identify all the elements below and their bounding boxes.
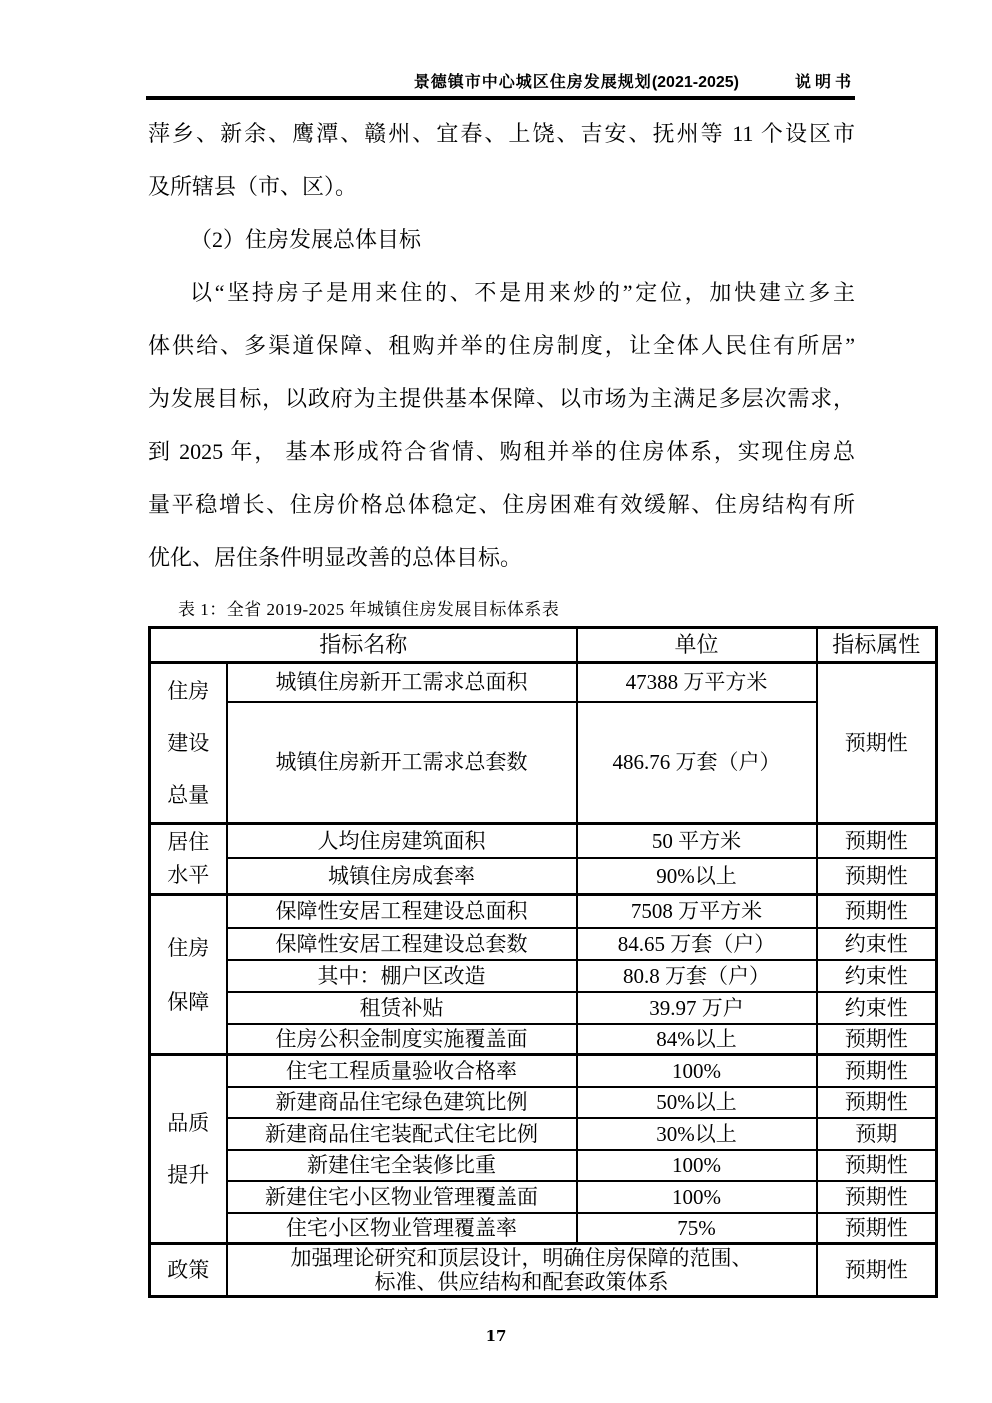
page-number: 17 — [0, 1327, 992, 1345]
group-label-housing-construction-total: 住房 建设 总量 — [150, 663, 227, 824]
header-doc-type: 说明书 — [795, 73, 855, 93]
body-text: 萍乡、新余、鹰潭、赣州、宜春、上饶、吉安、抚州等 11 个设区市 及所辖县（市、… — [148, 107, 855, 584]
indicator-value: 100% — [577, 1055, 817, 1087]
indicator-name: 城镇住房新开工需求总套数 — [227, 702, 577, 824]
body-line: 到 2025 年， 基本形成符合省情、购租并举的住房体系，实现住房总 — [148, 425, 855, 478]
header-title-years: (2021-2025) — [652, 73, 739, 93]
indicator-attr: 预期性 — [817, 1055, 937, 1087]
header-title: 景德镇市中心城区住房发展规划(2021-2025) — [414, 73, 739, 93]
indicator-name: 城镇住房成套率 — [227, 858, 577, 894]
header-rule — [146, 96, 855, 100]
table-row: 新建住宅全装修比重 100% 预期性 — [150, 1150, 937, 1181]
indicator-value: 75% — [577, 1213, 817, 1244]
indicator-name: 加强理论研究和顶层设计，明确住房保障的范围、 标准、供应结构和配套政策体系 — [227, 1244, 817, 1297]
body-line: 为发展目标，以政府为主提供基本保障、以市场为主满足多层次需求， — [148, 372, 855, 425]
body-line: 体供给、多渠道保障、租购并举的住房制度，让全体人民住有所居” — [148, 319, 855, 372]
indicator-name: 城镇住房新开工需求总面积 — [227, 663, 577, 702]
header-title-text: 景德镇市中心城区住房发展规划 — [414, 73, 652, 93]
indicator-attr: 约束性 — [817, 928, 937, 960]
indicator-attr: 预期性 — [817, 1087, 937, 1118]
indicator-name: 住房公积金制度实施覆盖面 — [227, 1024, 577, 1055]
indicator-value: 100% — [577, 1150, 817, 1181]
body-line: 以“坚持房子是用来住的、不是用来炒的”定位，加快建立多主 — [148, 266, 855, 319]
indicator-name: 新建商品住宅绿色建筑比例 — [227, 1087, 577, 1118]
indicator-name: 住宅小区物业管理覆盖率 — [227, 1213, 577, 1244]
group-label-housing-security: 住房 保障 — [150, 895, 227, 1055]
indicator-name: 其中：棚户区改造 — [227, 960, 577, 992]
indicator-attr: 约束性 — [817, 992, 937, 1024]
indicator-value: 50 平方米 — [577, 824, 817, 859]
indicator-name: 保障性安居工程建设总面积 — [227, 895, 577, 928]
indicator-value: 84%以上 — [577, 1024, 817, 1055]
indicator-attr: 预期 — [817, 1118, 937, 1150]
indicator-attr: 预期性 — [817, 824, 937, 859]
group-label-living-standard: 居住 水平 — [150, 824, 227, 895]
body-line: 及所辖县（市、区）。 — [148, 160, 855, 213]
indicator-name: 保障性安居工程建设总套数 — [227, 928, 577, 960]
group-label-quality-improvement: 品质 提升 — [150, 1055, 227, 1244]
table-row: 新建商品住宅绿色建筑比例 50%以上 预期性 — [150, 1087, 937, 1118]
indicator-attr: 预期性 — [817, 1244, 937, 1297]
table-row: 品质 提升 住宅工程质量验收合格率 100% 预期性 — [150, 1055, 937, 1087]
table-row: 新建住宅小区物业管理覆盖面 100% 预期性 — [150, 1181, 937, 1213]
table-row: 新建商品住宅装配式住宅比例 30%以上 预期 — [150, 1118, 937, 1150]
body-line: 萍乡、新余、鹰潭、赣州、宜春、上饶、吉安、抚州等 11 个设区市 — [148, 107, 855, 160]
indicator-name: 租赁补贴 — [227, 992, 577, 1024]
housing-goal-table: 指标名称 单位 指标属性 住房 建设 总量 城镇住房新开工需求总面积 47388… — [148, 626, 938, 1298]
table-row: 住房公积金制度实施覆盖面 84%以上 预期性 — [150, 1024, 937, 1055]
indicator-value: 47388 万平方米 — [577, 663, 817, 702]
table-row: 住房 建设 总量 城镇住房新开工需求总面积 47388 万平方米 预期性 — [150, 663, 937, 702]
section-heading: （2）住房发展总体目标 — [148, 213, 855, 266]
table-row: 住房 保障 保障性安居工程建设总面积 7508 万平方米 预期性 — [150, 895, 937, 928]
indicator-value: 50%以上 — [577, 1087, 817, 1118]
table-row: 保障性安居工程建设总套数 84.65 万套（户） 约束性 — [150, 928, 937, 960]
table-row: 政策 加强理论研究和顶层设计，明确住房保障的范围、 标准、供应结构和配套政策体系… — [150, 1244, 937, 1297]
indicator-attr: 预期性 — [817, 1181, 937, 1213]
indicator-name: 新建住宅小区物业管理覆盖面 — [227, 1181, 577, 1213]
body-line: 量平稳增长、住房价格总体稳定、住房困难有效缓解、住房结构有所 — [148, 478, 855, 531]
table-caption: 表 1：全省 2019-2025 年城镇住房发展目标体系表 — [178, 598, 992, 622]
indicator-attr: 预期性 — [817, 858, 937, 894]
indicator-attr: 预期性 — [817, 895, 937, 928]
indicator-value: 7508 万平方米 — [577, 895, 817, 928]
document-page: 景德镇市中心城区住房发展规划(2021-2025) 说明书 萍乡、新余、鹰潭、赣… — [0, 0, 992, 1403]
indicator-name: 人均住房建筑面积 — [227, 824, 577, 859]
table-row: 居住 水平 人均住房建筑面积 50 平方米 预期性 — [150, 824, 937, 859]
indicator-value: 80.8 万套（户） — [577, 960, 817, 992]
col-header-unit: 单位 — [577, 628, 817, 663]
page-header: 景德镇市中心城区住房发展规划(2021-2025) 说明书 — [148, 70, 855, 93]
table-row: 其中：棚户区改造 80.8 万套（户） 约束性 — [150, 960, 937, 992]
indicator-value: 39.97 万户 — [577, 992, 817, 1024]
indicator-name: 新建住宅全装修比重 — [227, 1150, 577, 1181]
indicator-value: 100% — [577, 1181, 817, 1213]
indicator-name: 新建商品住宅装配式住宅比例 — [227, 1118, 577, 1150]
indicator-attr: 预期性 — [817, 1150, 937, 1181]
indicator-attr: 预期性 — [817, 663, 937, 824]
indicator-attr: 约束性 — [817, 960, 937, 992]
body-line: 优化、居住条件明显改善的总体目标。 — [148, 531, 855, 584]
indicator-attr: 预期性 — [817, 1024, 937, 1055]
table-row: 租赁补贴 39.97 万户 约束性 — [150, 992, 937, 1024]
col-header-attr: 指标属性 — [817, 628, 937, 663]
indicator-value: 486.76 万套（户） — [577, 702, 817, 824]
col-header-indicator-name: 指标名称 — [150, 628, 577, 663]
table-row: 住宅小区物业管理覆盖率 75% 预期性 — [150, 1213, 937, 1244]
indicator-value: 84.65 万套（户） — [577, 928, 817, 960]
table-header-row: 指标名称 单位 指标属性 — [150, 628, 937, 663]
group-label-policy: 政策 — [150, 1244, 227, 1297]
indicator-value: 90%以上 — [577, 858, 817, 894]
goal-table-wrap: 指标名称 单位 指标属性 住房 建设 总量 城镇住房新开工需求总面积 47388… — [148, 626, 992, 1298]
indicator-attr: 预期性 — [817, 1213, 937, 1244]
indicator-name: 住宅工程质量验收合格率 — [227, 1055, 577, 1087]
indicator-value: 30%以上 — [577, 1118, 817, 1150]
table-row: 城镇住房成套率 90%以上 预期性 — [150, 858, 937, 894]
